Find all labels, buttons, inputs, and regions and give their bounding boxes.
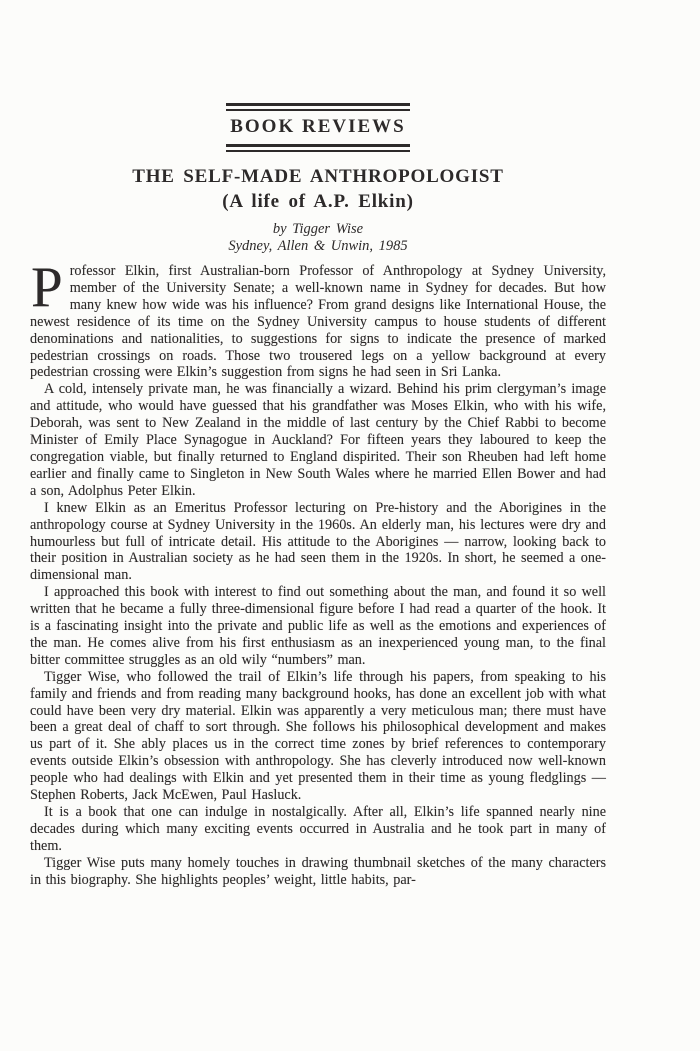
review-paragraph: I knew Elkin as an Emeritus Professor le… — [30, 500, 606, 585]
section-header: BOOK REVIEWS — [226, 111, 410, 144]
text-column: BOOK REVIEWS THE SELF-MADE ANTHROPOLOGIS… — [30, 0, 606, 889]
review-paragraph: I approached this book with interest to … — [30, 584, 606, 669]
review-paragraph: Tigger Wise puts many homely touches in … — [30, 855, 606, 889]
review-body: Professor Elkin, first Australian-born P… — [30, 263, 606, 889]
paragraph-text: rofessor Elkin, first Australian-born Pr… — [30, 263, 606, 380]
byline: by Tigger Wise — [30, 221, 606, 238]
publisher-line: Sydney, Allen & Unwin, 1985 — [30, 238, 606, 255]
book-title-line1: THE SELF-MADE ANTHROPOLOGIST — [30, 164, 606, 189]
double-rule-bottom — [226, 144, 410, 152]
section-header-wrap: BOOK REVIEWS — [30, 103, 606, 152]
book-title: THE SELF-MADE ANTHROPOLOGIST (A life of … — [30, 164, 606, 214]
book-title-line2: (A life of A.P. Elkin) — [30, 189, 606, 214]
scanned-review-page: BOOK REVIEWS THE SELF-MADE ANTHROPOLOGIS… — [0, 0, 700, 1051]
review-paragraph: Professor Elkin, first Australian-born P… — [30, 263, 606, 381]
review-paragraph: Tigger Wise, who followed the trail of E… — [30, 669, 606, 804]
double-rule-top — [226, 103, 410, 111]
review-paragraph: A cold, intensely private man, he was fi… — [30, 381, 606, 499]
review-paragraph: It is a book that one can indulge in nos… — [30, 804, 606, 855]
drop-cap: P — [30, 263, 70, 310]
section-header-box: BOOK REVIEWS — [226, 103, 410, 152]
